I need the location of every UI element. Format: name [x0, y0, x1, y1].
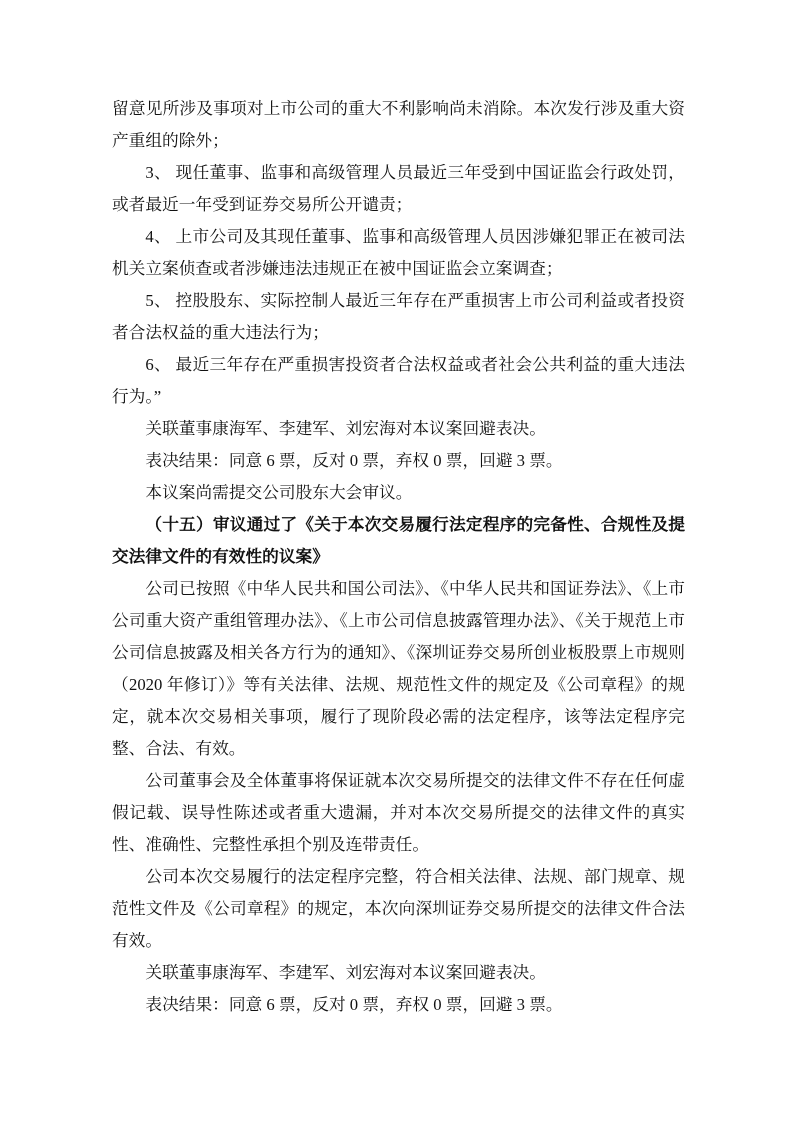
document-page: 留意见所涉及事项对上市公司的重大不利影响尚未消除。本次发行涉及重大资产重组的除外…	[0, 0, 793, 1122]
shareholder-meeting-note: 本议案尚需提交公司股东大会审议。	[112, 477, 685, 509]
list-item-5: 5、 控股股东、实际控制人最近三年存在严重损害上市公司利益或者投资者合法权益的重…	[112, 285, 685, 349]
list-item-6: 6、 最近三年存在严重损害投资者合法权益或者社会公共利益的重大违法行为。”	[112, 349, 685, 413]
compliance-paragraph: 公司本次交易履行的法定程序完整，符合相关法律、法规、部门规章、规范性文件及《公司…	[112, 861, 685, 957]
board-guarantee-paragraph: 公司董事会及全体董事将保证就本次交易所提交的法律文件不存在任何虚假记载、误导性陈…	[112, 765, 685, 861]
vote-result-2: 表决结果：同意 6 票，反对 0 票，弃权 0 票，回避 3 票。	[112, 989, 685, 1021]
recusal-statement: 关联董事康海军、李建军、刘宏海对本议案回避表决。	[112, 413, 685, 445]
vote-result: 表决结果：同意 6 票，反对 0 票，弃权 0 票，回避 3 票。	[112, 445, 685, 477]
paragraph-continuation: 留意见所涉及事项对上市公司的重大不利影响尚未消除。本次发行涉及重大资产重组的除外…	[112, 93, 685, 157]
list-item-3: 3、 现任董事、监事和高级管理人员最近三年受到中国证监会行政处罚，或者最近一年受…	[112, 157, 685, 221]
recusal-statement-2: 关联董事康海军、李建军、刘宏海对本议案回避表决。	[112, 957, 685, 989]
legal-basis-paragraph: 公司已按照《中华人民共和国公司法》、《中华人民共和国证券法》、《上市公司重大资产…	[112, 573, 685, 765]
document-body: 留意见所涉及事项对上市公司的重大不利影响尚未消除。本次发行涉及重大资产重组的除外…	[112, 93, 685, 1021]
resolution-15-heading: （十五）审议通过了《关于本次交易履行法定程序的完备性、合规性及提交法律文件的有效…	[112, 509, 685, 573]
list-item-4: 4、 上市公司及其现任董事、监事和高级管理人员因涉嫌犯罪正在被司法机关立案侦查或…	[112, 221, 685, 285]
